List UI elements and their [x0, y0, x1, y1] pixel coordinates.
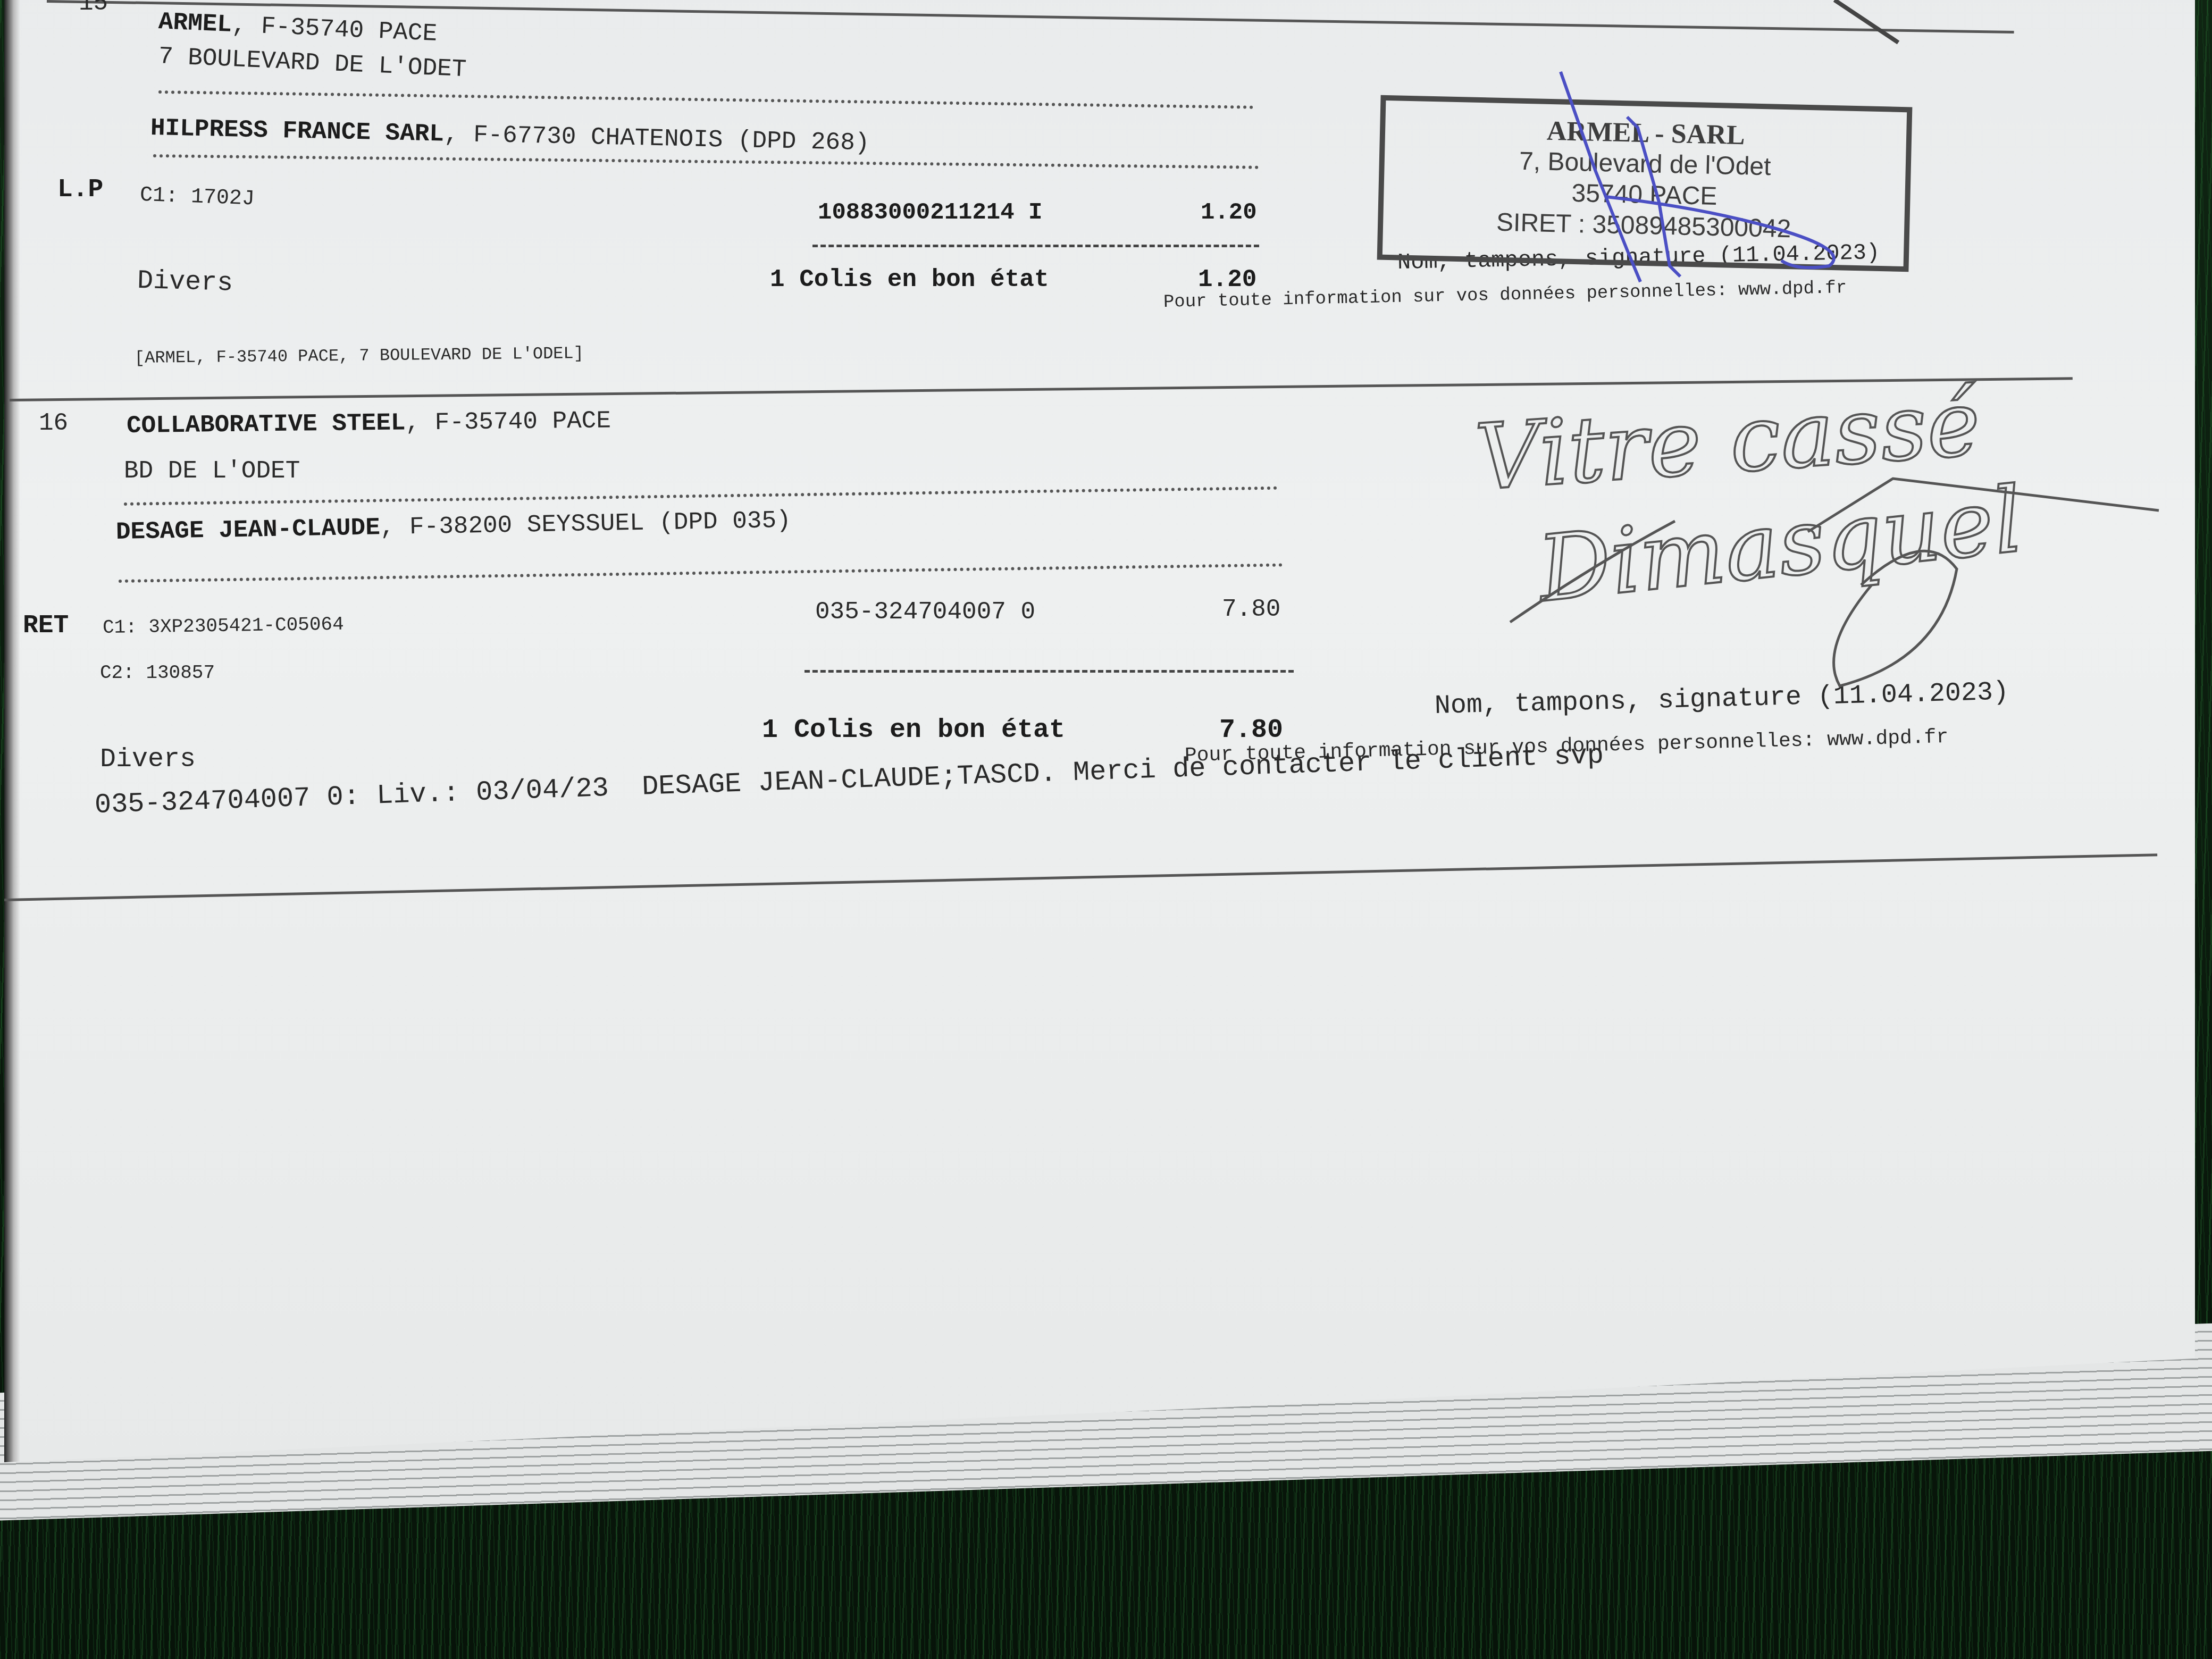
blue-signature-scribble	[1561, 72, 1834, 282]
handwriting-layer: Vitre cassé Dimasquel	[0, 0, 2212, 1659]
pencil-mark	[1834, 0, 1898, 43]
